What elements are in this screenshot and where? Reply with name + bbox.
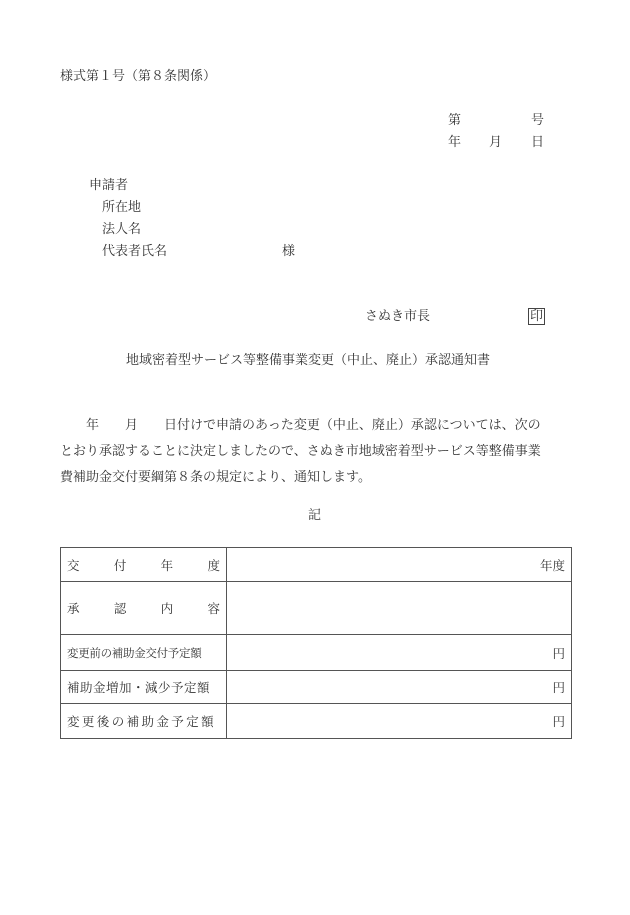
doc-number-suffix: 号 bbox=[531, 113, 544, 129]
ki-heading: 記 bbox=[308, 508, 321, 524]
applicant-heading: 申請者 bbox=[89, 178, 128, 194]
table-row: 承 認 内 容 bbox=[61, 582, 572, 635]
row-value: 円 bbox=[227, 704, 572, 739]
label-char: 交 bbox=[67, 556, 80, 574]
body-line-2: とおり承認することに決定しましたので、さぬき市地域密着型サービス等整備事業 bbox=[60, 439, 575, 465]
table-row: 変更前の補助金交付予定額 円 bbox=[61, 635, 572, 671]
date-year: 年 bbox=[448, 135, 461, 151]
row-value: 円 bbox=[227, 671, 572, 704]
body-paragraph: 年 月 日付けで申請のあった変更（中止、廃止）承認については、次の とおり承認す… bbox=[60, 413, 575, 491]
row-label: 変更前の補助金交付予定額 bbox=[61, 635, 227, 671]
row-label: 交 付 年 度 bbox=[61, 548, 227, 582]
seal-mark: 印 bbox=[528, 308, 545, 325]
row-value bbox=[227, 582, 572, 635]
issuer-name: さぬき市長 bbox=[365, 309, 430, 325]
table-row: 変更後の補助金予定額 円 bbox=[61, 704, 572, 739]
row-value: 年度 bbox=[227, 548, 572, 582]
date-month: 月 bbox=[489, 135, 502, 151]
body-line-1: 年 月 日付けで申請のあった変更（中止、廃止）承認については、次の bbox=[60, 413, 575, 439]
corp-name-label: 法人名 bbox=[102, 222, 141, 238]
document-title: 地域密着型サービス等整備事業変更（中止、廃止）承認通知書 bbox=[126, 353, 490, 369]
label-char: 承 bbox=[67, 599, 80, 617]
table-row: 補助金増加・減少予定額 円 bbox=[61, 671, 572, 704]
label-char: 度 bbox=[207, 556, 220, 574]
label-char: 内 bbox=[161, 599, 174, 617]
table-row: 交 付 年 度 年度 bbox=[61, 548, 572, 582]
details-table: 交 付 年 度 年度 承 認 内 容 変更前の補助金交付予定額 円 補助金増加・… bbox=[60, 547, 572, 739]
row-label: 承 認 内 容 bbox=[61, 582, 227, 635]
row-label: 補助金増加・減少予定額 bbox=[61, 671, 227, 704]
date-day: 日 bbox=[531, 135, 544, 151]
row-label: 変更後の補助金予定額 bbox=[61, 704, 227, 739]
label-char: 付 bbox=[114, 556, 127, 574]
form-number: 様式第１号（第８条関係） bbox=[60, 69, 216, 85]
address-label: 所在地 bbox=[102, 200, 141, 216]
label-char: 認 bbox=[114, 599, 127, 617]
label-char: 年 bbox=[161, 556, 174, 574]
label-char: 容 bbox=[207, 599, 220, 617]
body-line-3: 費補助金交付要綱第８条の規定により、通知します。 bbox=[60, 465, 575, 491]
honorific: 様 bbox=[282, 244, 295, 260]
rep-name-label: 代表者氏名 bbox=[102, 244, 167, 260]
doc-number-prefix: 第 bbox=[448, 113, 461, 129]
row-value: 円 bbox=[227, 635, 572, 671]
